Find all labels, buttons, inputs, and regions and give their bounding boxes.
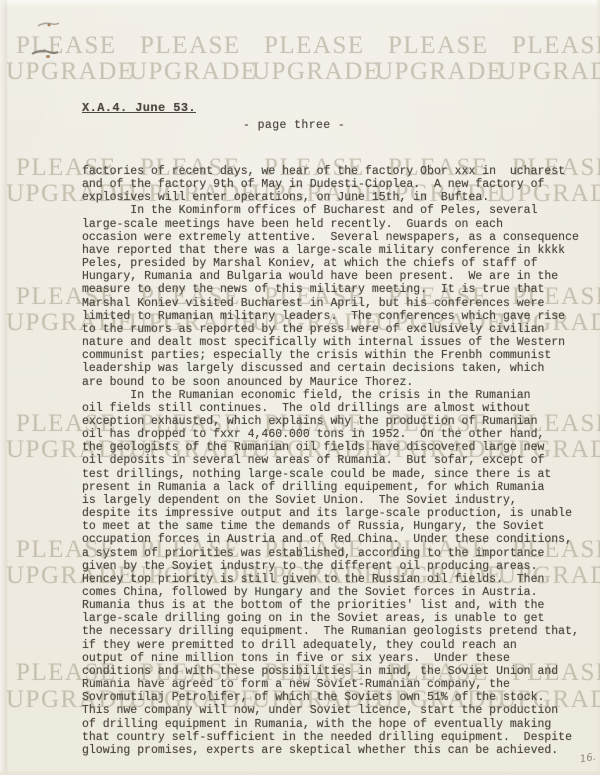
text-line: to meet at the same time the demands of … <box>82 520 594 533</box>
watermark-word-please: PLEASE <box>140 33 241 58</box>
text-line: Rumania thus is at the bottom of the pri… <box>82 599 594 612</box>
text-line: is largely dependent on the Soviet Union… <box>82 494 594 507</box>
text-line: This nwe company will now, under Soviet … <box>82 704 594 717</box>
text-line: that country self-sufficient in the need… <box>82 731 594 744</box>
text-line: In the Kominform offices of Bucharest an… <box>82 204 594 217</box>
page-heading: - page three - <box>243 119 345 132</box>
watermark-word-upgrade: UPGRADE <box>375 59 504 84</box>
watermark-word-please: PLEASE <box>264 33 365 58</box>
text-line: large-scale meetings have been held rece… <box>82 218 594 231</box>
text-line: have reported that there was a large-sca… <box>82 244 594 257</box>
watermark-word-please: PLEASE <box>388 33 489 58</box>
text-line: In the Rumanian economic field, the cris… <box>82 389 594 402</box>
scan-edge-left <box>0 0 8 775</box>
text-line: explosives will enter operations, on Jun… <box>82 191 594 204</box>
document-page: PLEASEPLEASEPLEASEPLEASEPLEASEUPGRADEUPG… <box>0 0 600 775</box>
text-line: oil deposits in several new areas of Rum… <box>82 454 594 467</box>
text-line: are bound to be soon anounced by Maurice… <box>82 376 594 389</box>
document-reference: X.A.4. June 53. <box>82 101 196 115</box>
text-line: of drilling equipment in Rumania, with t… <box>82 718 594 731</box>
text-line: Rumania have agreed to form a new Soviet… <box>82 678 594 691</box>
watermark-word-upgrade: UPGRADE <box>129 59 258 84</box>
text-line: occupation forces in Austria and of Red … <box>82 533 594 546</box>
text-line: oil has dropped to fxxr 4,460.000 tons i… <box>82 428 594 441</box>
watermark-word-upgrade: UPGRADE <box>252 59 381 84</box>
handwritten-page-number: 16. <box>579 752 597 766</box>
text-line: occasion were extremely attentive. Sever… <box>82 231 594 244</box>
text-line: despite its impressive output and its la… <box>82 507 594 520</box>
text-line: glowing promises, experts are skeptical … <box>82 744 594 757</box>
text-line: Peles, presided by Marshal Koniev, at wh… <box>82 257 594 270</box>
text-line: given by the Soviet industry to the diff… <box>82 560 594 573</box>
paper-speck <box>46 55 50 58</box>
document-body: factories of recent days, we hear of the… <box>82 165 594 757</box>
text-line: exception exhausted, which explains why … <box>82 415 594 428</box>
text-line: Hungary, Rumania and Bulgaria would have… <box>82 270 594 283</box>
text-line: large-scale drilling going on in the Sov… <box>82 612 594 625</box>
text-line: conditions and with these possibilities … <box>82 665 594 678</box>
text-line: the geologists of the Rumanian oil field… <box>82 441 594 454</box>
text-line: test drillings, nothing large-scale coul… <box>82 468 594 481</box>
text-line: comes China, followed by Hungary and the… <box>82 586 594 599</box>
text-line: factories of recent days, we hear of the… <box>82 165 594 178</box>
text-line: oil fields still continues. The old dril… <box>82 402 594 415</box>
text-line: if they were premitted to drill adequate… <box>82 639 594 652</box>
scan-edge-bottom <box>0 770 600 775</box>
watermark-word-please: PLEASE <box>512 33 600 58</box>
text-line: the necessary drilling equipment. The Ru… <box>82 625 594 638</box>
text-line: nature and dealt most specifically with … <box>82 336 594 349</box>
text-line: Hencey top priority is still given to th… <box>82 573 594 586</box>
text-line: limited to Rumanian military leaders. Th… <box>82 310 594 323</box>
text-line: communist parties; especially the crisis… <box>82 349 594 362</box>
text-line: to the rumors as reported by the press w… <box>82 323 594 336</box>
text-line: a system of priorities was established, … <box>82 547 594 560</box>
text-line: and of the factory 9th of May in Dudesti… <box>82 178 594 191</box>
scan-edge-top <box>0 0 600 7</box>
text-line: output of nine million tons in five or s… <box>82 652 594 665</box>
watermark-word-upgrade: UPGRADE <box>498 59 600 84</box>
text-line: Marshal Koniev visited Bucharest in Apri… <box>82 297 594 310</box>
text-line: Sovromutilaj Petrolifer, of which the So… <box>82 691 594 704</box>
text-line: present in Rumania a lack of drilling eq… <box>82 481 594 494</box>
text-line: leadership was largely discussed and cer… <box>82 362 594 375</box>
text-line: measure to deny the news of this militar… <box>82 283 594 296</box>
